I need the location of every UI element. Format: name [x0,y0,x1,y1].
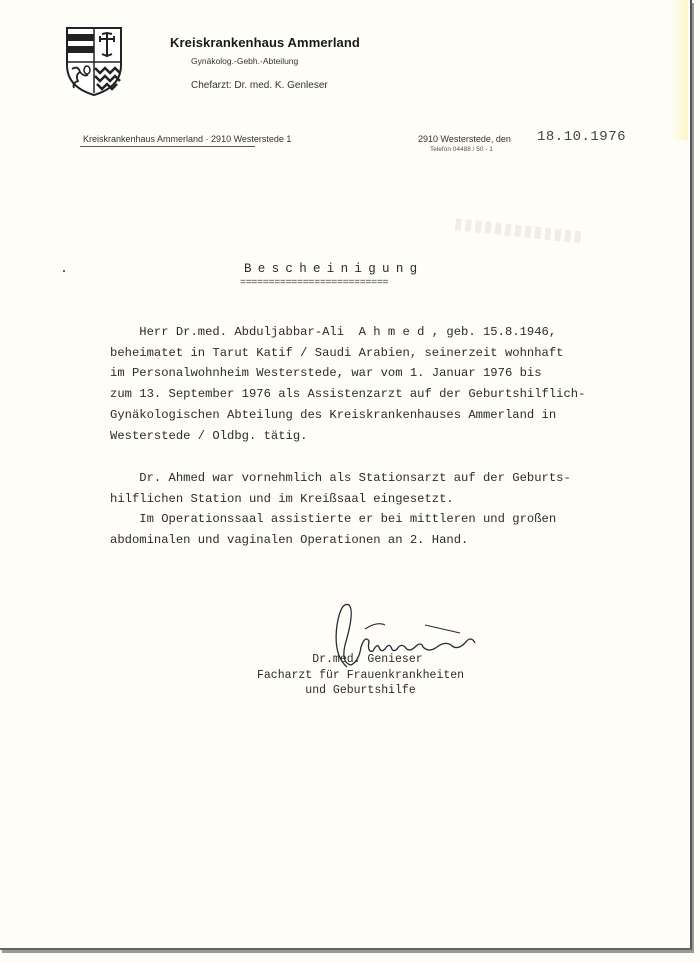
signatory-specialty: und Geburtshilfe [257,684,416,697]
paragraph-duties: Dr. Ahmed war vornehmlich als Stationsar… [110,468,571,551]
signature-block: Dr.med. Genieser Facharzt für Frauenkran… [257,652,464,699]
letter-date: 18.10.1976 [537,129,626,145]
phone-number: Telefon 04488 / 50 - 1 [430,146,493,153]
chief-physician: Chefarzt: Dr. med. K. Genleser [191,80,328,91]
place-line: 2910 Westerstede, den [418,134,511,144]
signatory-title: Facharzt für Frauenkrankheiten [257,669,464,682]
signatory-name: Dr.med. Genieser [257,653,423,666]
department-name: Gynäkolog.-Gebh.-Abteilung [191,56,298,66]
sender-underline [80,146,255,147]
paper-discoloration [670,0,688,140]
coat-of-arms-icon [64,25,124,97]
punch-mark [63,270,65,272]
hospital-name: Kreiskrankenhaus Ammerland [170,35,360,50]
title-underline: ========================== [240,278,388,289]
document-title: Bescheinigung [244,262,423,276]
faint-stamp-mark [455,218,586,244]
paragraph-employment: Herr Dr.med. Abduljabbar-Ali A h m e d ,… [110,322,585,446]
sender-address: Kreiskrankenhaus Ammerland · 2910 Wester… [83,134,291,144]
letter-page: Kreiskrankenhaus Ammerland Gynäkolog.-Ge… [0,0,692,950]
